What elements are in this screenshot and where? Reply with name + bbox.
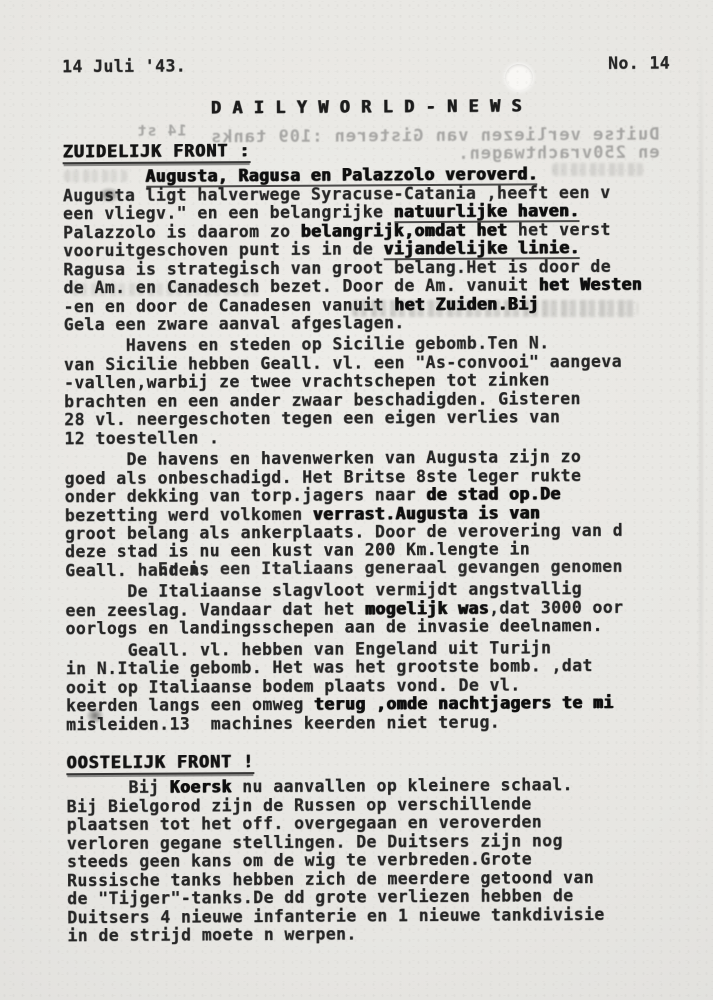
paragraph: Havens en steden op Sicilie gebomb.Ten N… — [64, 334, 673, 448]
line-segment: 12 toestellen . — [64, 428, 219, 448]
emphasized-text: terug ,omde nachtjagers te mi — [314, 693, 614, 714]
text-run: Duitsers 4 nieuwe infanterie en 1 nieuwe… — [67, 905, 604, 927]
text-run: Er is een Italiaans generaal gevangen ge… — [158, 557, 623, 579]
text-run — [63, 167, 146, 187]
paragraph: De havens en havenwerken van Augusta zij… — [64, 448, 673, 581]
emphasized-text: de stad op.De — [426, 484, 560, 504]
line-segment: oorlogs en landingsschepen aan de invasi… — [65, 616, 602, 638]
text-run: bezetting werd volkomen — [65, 504, 313, 525]
text-run: Bij — [66, 778, 169, 798]
text-run: 28 vl. neergeschoten tegen een eigen ver… — [64, 407, 560, 429]
section-oostelijk-front: OOSTELIJK FRONT ! Bij Koersk nu aanvalle… — [66, 750, 675, 945]
text-run: Gela een zware aanval afgeslagen. — [64, 313, 405, 334]
section-heading-row: ZUIDELIJK FRONT : — [63, 139, 671, 164]
line-segment: Gela een zware aanval afgeslagen. — [64, 313, 405, 334]
emphasized-text: het Zuiden.Bij — [394, 294, 539, 314]
text-run: Palazzolo is daarom zo — [63, 222, 301, 242]
section-zuidelijk-front: ZUIDELIJK FRONT : Augusta, Ragusa en Pal… — [63, 139, 675, 734]
section-heading-row: OOSTELIJK FRONT ! — [66, 750, 674, 775]
text-line: in de strijd moete n werpen. — [67, 924, 675, 946]
text-run: ,dat 3000 oor — [489, 598, 623, 618]
text-line: Geall. handen.Er is een Italiaans genera… — [65, 558, 673, 580]
section-heading: OOSTELIJK FRONT ! — [66, 753, 254, 776]
line-segment: Duitsers 4 nieuwe infanterie en 1 nieuwe… — [67, 905, 604, 927]
masthead-title: D A I L Y W O R L D - N E W S — [62, 97, 670, 119]
issue-number: No. 14 — [608, 55, 670, 74]
paragraph: Geall. vl. hebben van Engeland uit Turij… — [66, 638, 675, 734]
text-line: Gela een zware aanval afgeslagen. — [64, 313, 672, 335]
section-body: Bij Koersk nu aanvallen op kleinere scha… — [66, 776, 675, 946]
text-run: misleiden.13 machines keerden niet terug… — [66, 712, 500, 734]
line-segment: in de strijd moete n werpen. — [67, 924, 356, 945]
section-body: Augusta, Ragusa en Palazzolo veroverd.Au… — [63, 165, 674, 734]
scanned-newspaper-page: 14 Juli '43. No. 14 D A I L Y W O R L D … — [0, 0, 713, 1000]
emphasized-text: natuurlijke haven. — [394, 201, 580, 221]
emphasized-text: mogelijk was — [365, 598, 489, 618]
issue-info-row: 14 Juli '43. No. 14 — [62, 55, 670, 77]
emphasized-text: verrast.Augusta is van — [313, 503, 540, 523]
text-run: 12 toestellen . — [64, 428, 219, 448]
text-run: keerden langs een omweg — [66, 695, 314, 716]
paper-crease — [699, 40, 703, 800]
section-heading: ZUIDELIJK FRONT : — [63, 142, 251, 165]
emphasized-text: belangrijk,omdat het — [301, 220, 508, 240]
line-segment: -en en door de Canadesen vanuit het Zuid… — [63, 294, 538, 316]
issue-date: 14 Juli '43. — [62, 57, 186, 76]
emphasized-text: het Westen — [539, 275, 642, 295]
bleedthrough-fragment: 14 st — [136, 122, 186, 140]
emphasized-text: Koersk — [170, 778, 232, 797]
text-line: misleiden.13 machines keerden niet terug… — [66, 712, 674, 734]
paragraph: Bij Koersk nu aanvallen op kleinere scha… — [66, 776, 675, 946]
line-segment: misleiden.13 machines keerden niet terug… — [66, 712, 500, 734]
text-run: oorlogs en landingsschepen aan de invasi… — [65, 616, 602, 638]
text-line: 12 toestellen . — [64, 426, 672, 448]
paragraph: Augusta, Ragusa en Palazzolo veroverd.Au… — [63, 165, 672, 335]
page-content: 14 Juli '43. No. 14 D A I L Y W O R L D … — [62, 55, 675, 946]
line-segment: 28 vl. neergeschoten tegen een eigen ver… — [64, 407, 560, 429]
overtyped-text: Er is een Italiaans generaal gevangen ge… — [158, 557, 623, 579]
text-run: het verst — [507, 220, 610, 240]
text-run: in de strijd moete n werpen. — [67, 924, 356, 945]
paragraph: De Italiaanse slagvloot vermijdt angstva… — [65, 580, 673, 639]
text-line: oorlogs en landingsschepen aan de invasi… — [65, 617, 673, 639]
text-run: een zeeslag. Vandaar dat het — [65, 599, 365, 620]
emphasized-text: vijandelijke linie. — [383, 238, 579, 258]
